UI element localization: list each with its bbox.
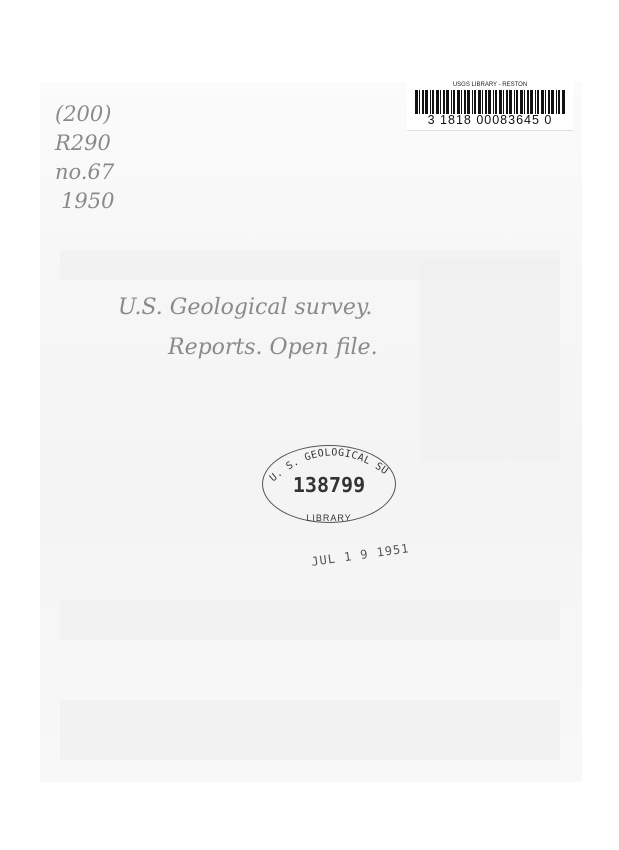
barcode-icon [415, 90, 565, 114]
stamp-library-text: LIBRARY [263, 513, 395, 523]
barcode-label: USGS LIBRARY - RESTON 3 1818 00083645 0 [407, 80, 573, 131]
accession-number: 138799 [263, 473, 395, 497]
call-number-line: R290 [55, 129, 114, 158]
call-number-line: (200) [55, 100, 114, 129]
handwritten-subject-line-1: U.S. Geological survey. [118, 295, 372, 320]
show-through-text [60, 700, 560, 760]
barcode-title: USGS LIBRARY - RESTON [407, 82, 573, 88]
call-number-line: no.67 [55, 158, 114, 187]
barcode-number: 3 1818 00083645 0 [407, 113, 573, 127]
handwritten-subject-line-2: Reports. Open file. [168, 335, 378, 360]
handwritten-call-number: (200)R290no.671950 [55, 100, 114, 216]
show-through-text [60, 600, 560, 640]
library-stamp: U. S. GEOLOGICAL SURVEY 138799 LIBRARY [262, 445, 396, 523]
show-through-text [420, 260, 560, 460]
call-number-line: 1950 [61, 187, 114, 216]
